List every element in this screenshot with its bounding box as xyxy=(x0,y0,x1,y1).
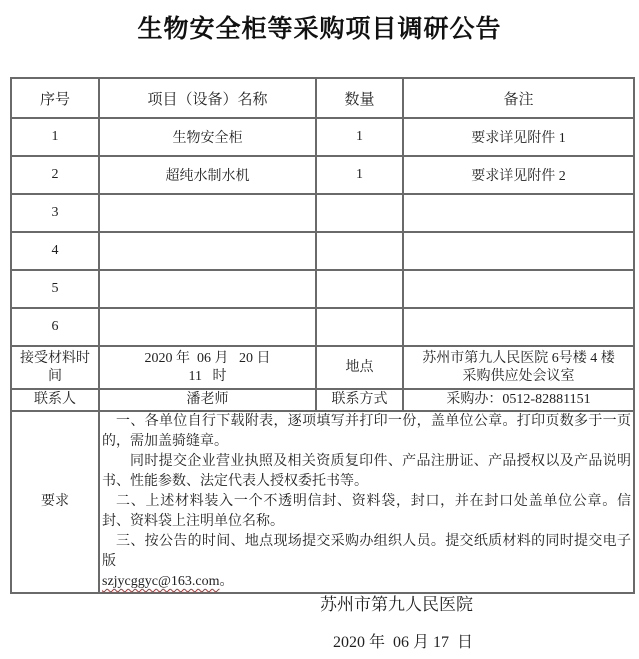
cell-seq: 6 xyxy=(11,308,99,346)
cell-qty xyxy=(316,232,403,270)
cell-seq: 2 xyxy=(11,156,99,194)
signature-block: 苏州市第九人民医院 2020 年 06 月 17 日 xyxy=(0,595,639,653)
cell-qty: 1 xyxy=(316,118,403,156)
table-row: 6 xyxy=(11,308,634,346)
cell-note xyxy=(403,232,634,270)
cell-note xyxy=(403,194,634,232)
procurement-table: 序号 项目（设备）名称 数量 备注 1 生物安全柜 1 要求详见附件 1 2 超… xyxy=(10,77,635,594)
contact-row: 联系人 潘老师 联系方式 采购办：0512-82881151 xyxy=(11,389,634,411)
cell-qty xyxy=(316,194,403,232)
table-row: 1 生物安全柜 1 要求详见附件 1 xyxy=(11,118,634,156)
cell-name xyxy=(99,194,316,232)
email-text: szjycggyc@163.com xyxy=(102,574,219,589)
place-line-1: 苏州市第九人民医院 6号楼 4 楼 xyxy=(406,350,631,368)
cell-seq: 1 xyxy=(11,118,99,156)
table-header-row: 序号 项目（设备）名称 数量 备注 xyxy=(11,78,634,118)
contact-label: 联系人 xyxy=(11,389,99,411)
header-name: 项目（设备）名称 xyxy=(99,78,316,118)
cell-name: 生物安全柜 xyxy=(99,118,316,156)
cell-note xyxy=(403,308,634,346)
contact-method-value: 采购办：0512-82881151 xyxy=(403,389,634,411)
cell-name xyxy=(99,270,316,308)
material-time-row: 接受材料时间 2020 年 06 月 20 日 11 时 地点 苏州市第九人民医… xyxy=(11,346,634,389)
table-row: 2 超纯水制水机 1 要求详见附件 2 xyxy=(11,156,634,194)
requirement-paragraph-3: 二、上述材料装入一个不透明信封、资料袋，封口，并在封口处盖单位公章。信封、资料袋… xyxy=(102,492,631,532)
cell-note: 要求详见附件 1 xyxy=(403,118,634,156)
cell-name xyxy=(99,308,316,346)
requirement-email-line: szjycggyc@163.com。 xyxy=(102,572,631,592)
place-line-2: 采购供应处会议室 xyxy=(406,368,631,386)
time-line-2: 11 时 xyxy=(102,368,313,386)
email-period: 。 xyxy=(219,574,233,589)
contact-method-label: 联系方式 xyxy=(316,389,403,411)
header-seq: 序号 xyxy=(11,78,99,118)
contact-value: 潘老师 xyxy=(99,389,316,411)
cell-name: 超纯水制水机 xyxy=(99,156,316,194)
document-page: 生物安全柜等采购项目调研公告 序号 项目（设备）名称 数量 备注 1 生物安全柜… xyxy=(0,0,639,659)
place-label: 地点 xyxy=(316,346,403,389)
time-value: 2020 年 06 月 20 日 11 时 xyxy=(99,346,316,389)
requirement-paragraph-1: 一、各单位自行下载附表，逐项填写并打印一份，盖单位公章。打印页数多于一页的，需加… xyxy=(102,412,631,452)
requirements-content: 一、各单位自行下载附表，逐项填写并打印一份，盖单位公章。打印页数多于一页的，需加… xyxy=(99,411,634,593)
header-qty: 数量 xyxy=(316,78,403,118)
requirement-paragraph-4: 三、按公告的时间、地点现场提交采购办组织人员。提交纸质材料的同时提交电子版 xyxy=(102,532,631,572)
page-title: 生物安全柜等采购项目调研公告 xyxy=(0,0,639,45)
cell-qty xyxy=(316,270,403,308)
cell-note xyxy=(403,270,634,308)
cell-qty: 1 xyxy=(316,156,403,194)
cell-seq: 3 xyxy=(11,194,99,232)
cell-note: 要求详见附件 2 xyxy=(403,156,634,194)
time-label: 接受材料时间 xyxy=(11,346,99,389)
table-row: 4 xyxy=(11,232,634,270)
requirement-paragraph-2: 同时提交企业营业执照及相关资质复印件、产品注册证、产品授权以及产品说明书、性能参… xyxy=(102,452,631,492)
signature-org: 苏州市第九人民医院 xyxy=(0,595,473,615)
cell-qty xyxy=(316,308,403,346)
requirements-label: 要求 xyxy=(11,411,99,593)
requirements-row: 要求 一、各单位自行下载附表，逐项填写并打印一份，盖单位公章。打印页数多于一页的… xyxy=(11,411,634,593)
time-line-1: 2020 年 06 月 20 日 xyxy=(102,350,313,368)
place-value: 苏州市第九人民医院 6号楼 4 楼 采购供应处会议室 xyxy=(403,346,634,389)
table-row: 5 xyxy=(11,270,634,308)
cell-seq: 4 xyxy=(11,232,99,270)
header-note: 备注 xyxy=(403,78,634,118)
cell-seq: 5 xyxy=(11,270,99,308)
cell-name xyxy=(99,232,316,270)
table-row: 3 xyxy=(11,194,634,232)
signature-date: 2020 年 06 月 17 日 xyxy=(0,633,473,653)
